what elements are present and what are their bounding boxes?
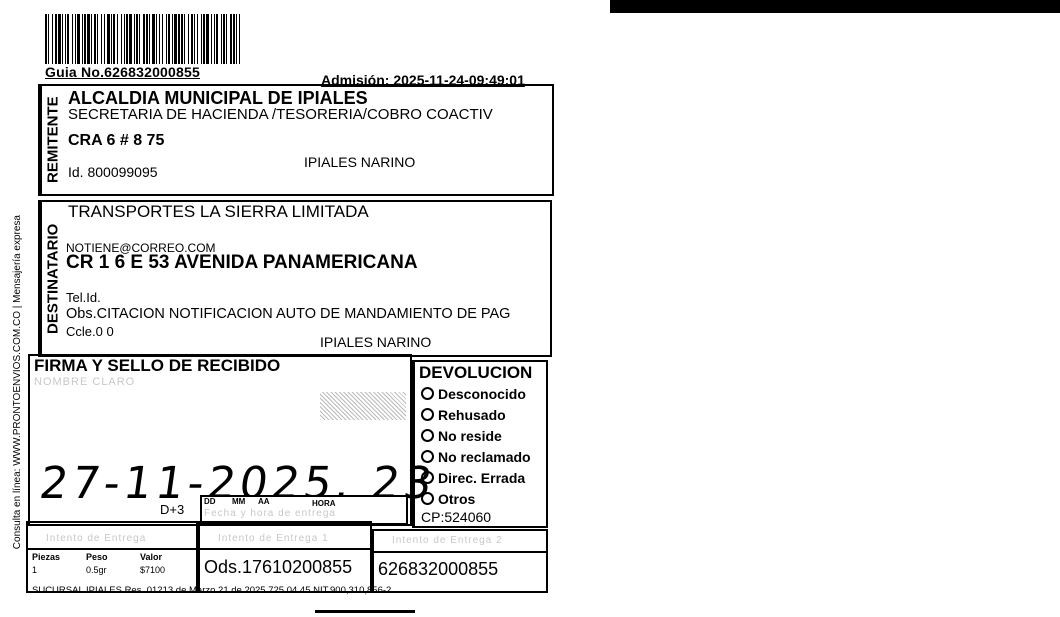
ods-number: Ods.17610200855 (204, 557, 352, 578)
return-option-direc-errada[interactable]: Direc. Errada (415, 467, 546, 488)
return-option-desconocido[interactable]: Desconocido (415, 383, 546, 404)
date-label-hora: HORA (312, 499, 336, 508)
d-plus-label: D+3 (160, 502, 184, 517)
return-option-label: Desconocido (438, 386, 526, 402)
return-option-label: No reside (438, 428, 502, 444)
barcode (45, 14, 481, 64)
value-label: Valor (140, 552, 162, 562)
sender-section: REMITENTE ALCALDIA MUNICIPAL DE IPIALES … (38, 84, 554, 196)
ods-cell: Intento de Entrega 1 Ods.17610200855 (198, 521, 372, 593)
sender-address: CRA 6 # 8 75 (68, 132, 164, 150)
recipient-name: TRANSPORTES LA SIERRA LIMITADA (68, 202, 369, 222)
recipient-section: DESTINATARIO TRANSPORTES LA SIERRA LIMIT… (38, 200, 552, 357)
weight-label: Peso (86, 552, 108, 562)
return-title: DEVOLUCION (415, 362, 546, 383)
attempt-2-label: Intento de Entrega 1 (218, 533, 329, 544)
return-option-label: Otros (438, 491, 475, 507)
radio-circle-icon[interactable] (421, 471, 434, 484)
recipient-address: CR 1 6 E 53 AVENIDA PANAMERICANA (66, 252, 418, 274)
radio-circle-icon[interactable] (421, 408, 434, 421)
guia-number: Guia No.626832000855 (45, 64, 200, 80)
footer-mark (315, 610, 415, 613)
recipient-tel: Tel.Id. (66, 290, 101, 305)
return-option-otros[interactable]: Otros (415, 488, 546, 509)
attempt-1-label: Intento de Entrega (46, 533, 146, 544)
recipient-ccle: Ccle.0 0 (66, 324, 114, 339)
radio-circle-icon[interactable] (421, 429, 434, 442)
return-option-rehusado[interactable]: Rehusado (415, 404, 546, 425)
guia-number-bottom: 626832000855 (378, 559, 498, 580)
sender-label: REMITENTE (40, 86, 64, 194)
radio-circle-icon[interactable] (421, 492, 434, 505)
return-option-label: No reclamado (438, 449, 531, 465)
date-label-dd: DD (204, 497, 216, 506)
pieces-cell: Intento de Entrega Piezas Peso Valor 1 0… (26, 521, 198, 593)
bottom-section: Intento de Entrega Piezas Peso Valor 1 0… (26, 521, 548, 593)
date-faint-text: Fecha y hora de entrega (204, 508, 336, 519)
radio-circle-icon[interactable] (421, 387, 434, 400)
recipient-label: DESTINATARIO (40, 202, 64, 355)
recipient-city: IPIALES NARINO (320, 334, 431, 350)
weight-value: 0.5gr (86, 565, 107, 575)
date-label-mm: MM (232, 497, 245, 506)
scan-edge-band (610, 0, 1060, 13)
value-value: $7100 (140, 565, 165, 575)
sender-department: SECRETARIA DE HACIENDA /TESORERIA/COBRO … (68, 106, 493, 123)
return-option-label: Direc. Errada (438, 470, 525, 486)
footer-text: SUCURSAL IPIALES Res. 01213 de Marzo 21 … (32, 585, 391, 596)
side-website-text: Consulta en línea: WWW.PRONTOENVIOS.COM.… (12, 215, 26, 575)
recipient-observation: Obs.CITACION NOTIFICACION AUTO DE MANDAM… (66, 306, 510, 322)
pieces-label: Piezas (32, 552, 60, 562)
return-option-no-reside[interactable]: No reside (415, 425, 546, 446)
date-label-aa: AA (258, 497, 270, 506)
return-option-no-reclamado[interactable]: No reclamado (415, 446, 546, 467)
return-section: DEVOLUCION DesconocidoRehusadoNo resideN… (412, 360, 548, 528)
signature-name-placeholder: NOMBRE CLARO (34, 376, 135, 388)
guia-cell: Intento de Entrega 2 626832000855 (372, 529, 548, 593)
radio-circle-icon[interactable] (421, 450, 434, 463)
sender-id: Id. 800099095 (68, 164, 158, 180)
attempt-3-label: Intento de Entrega 2 (392, 535, 503, 546)
pieces-value: 1 (32, 565, 37, 575)
return-option-label: Rehusado (438, 407, 506, 423)
sender-city: IPIALES NARINO (304, 154, 415, 170)
stamp-mark (320, 392, 406, 420)
signature-title: FIRMA Y SELLO DE RECIBIDO (34, 356, 280, 376)
